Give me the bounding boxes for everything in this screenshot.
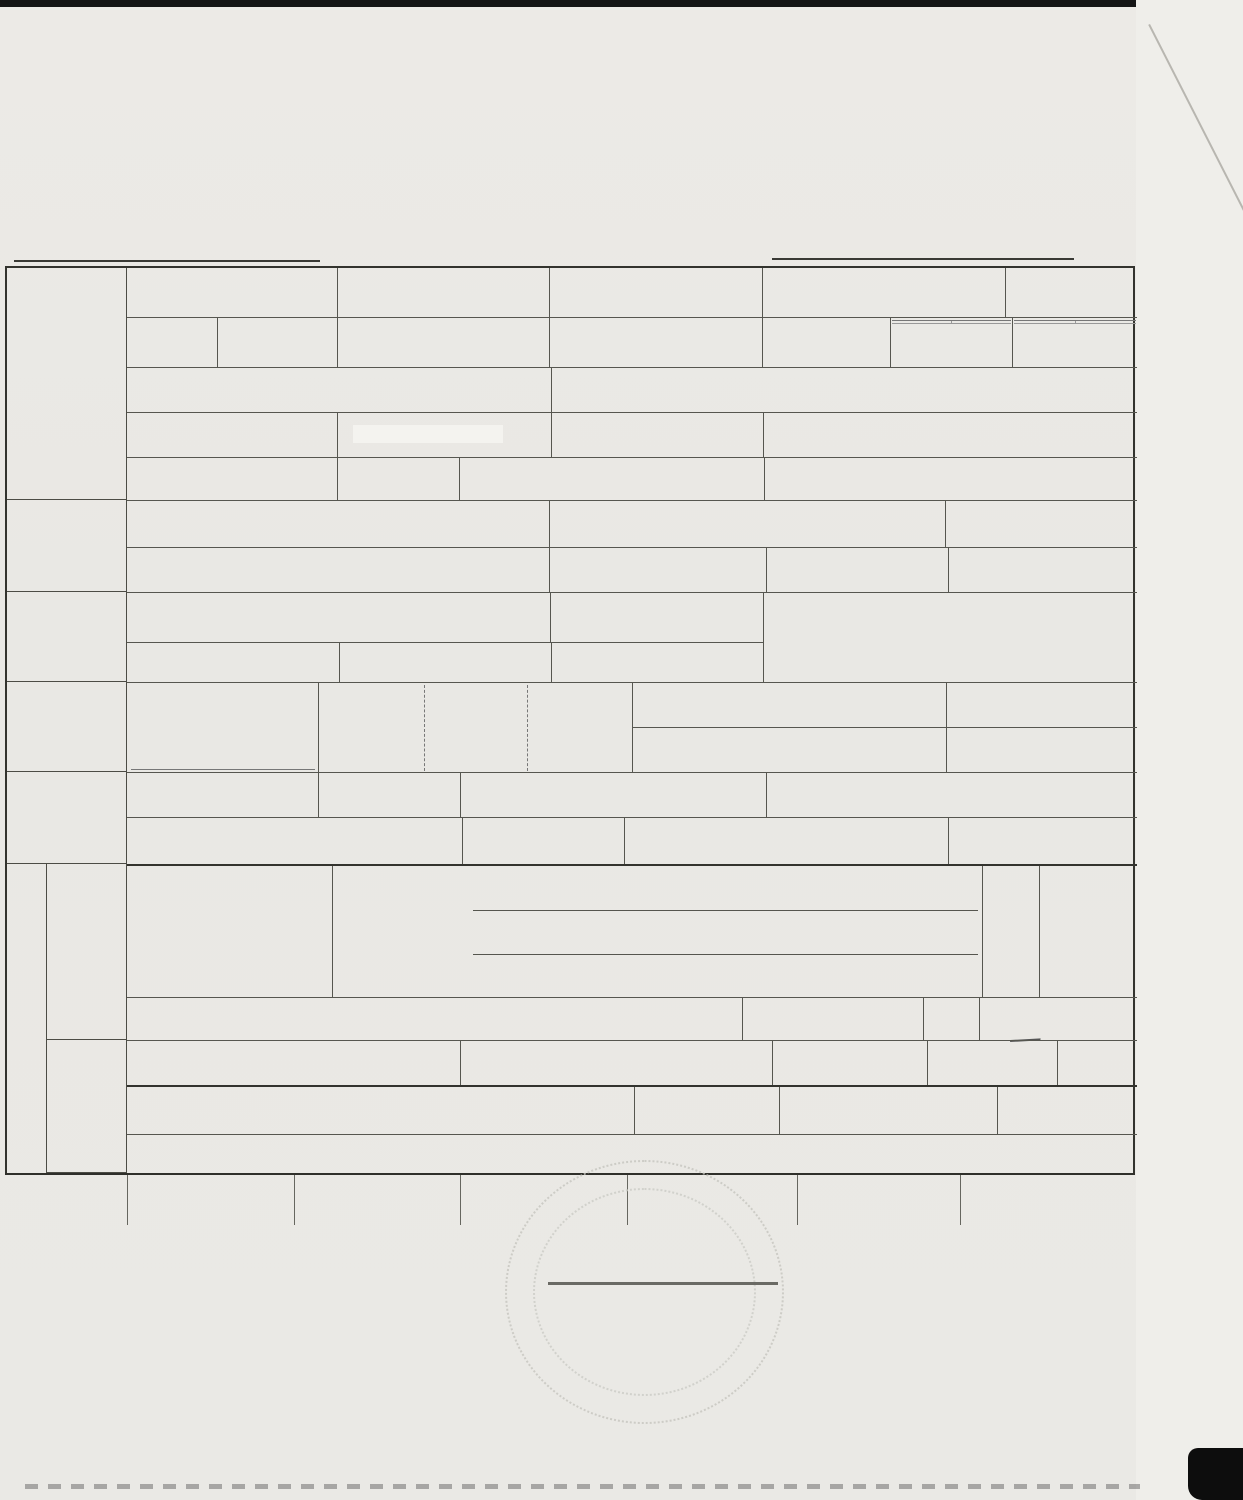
days-col [951,321,1011,323]
field-33-accident-suicide [127,1041,460,1085]
sidebar-physician-certification [7,682,127,772]
field-39-lab-tests-alcohol [997,1087,1137,1134]
sidebar-decedent-personal-data [7,268,127,500]
field-2b-hour [1005,268,1137,317]
note-line-2 [130,14,1000,29]
field-14-last-occupation [127,458,337,500]
hours-col [1014,321,1075,323]
injury-hour-value [1062,1083,1134,1084]
registrar-col-b [294,1175,298,1225]
stay-california-value [953,590,1134,591]
death-certificate-scan [0,0,1243,1500]
funeral-director-value [131,862,459,863]
field-7-age [762,318,890,367]
sidebar-funeral-director [7,772,127,864]
field-25-funeral-director [127,818,462,864]
interval-entry-column [982,866,1039,997]
field-36a-date-of-injury [927,1041,1057,1085]
field-17-industry [764,458,1137,500]
field-15-years-in-occupation [337,458,459,500]
birthplace-value [342,365,546,366]
field-34-place-of-injury [460,1041,772,1085]
sidebar-medical-health-data [7,864,47,1173]
certificate-form [5,266,1135,1173]
field-18d-city [127,548,549,592]
field-18g-stay-california [948,548,1137,592]
injury-date-value [932,1083,1054,1084]
field-1c-last-name [549,268,762,317]
investigation-footer [131,769,315,771]
field-18c-inside-city-limits [945,501,1137,547]
field-19d-county [339,642,551,682]
registrar-col-a [127,1175,131,1225]
field-23-cemetery [460,773,766,817]
ssn-value [342,455,548,456]
sidebar-injury-information [47,1040,127,1173]
field-18b-street-address [549,501,945,547]
scan-bottom-right-blob [1188,1448,1243,1500]
occupation-value [131,498,334,499]
part2-value [131,1038,739,1039]
residence-city-value [131,680,336,681]
place-of-death-value [131,545,546,546]
burial-value [131,815,315,816]
certification-number-underline [548,1282,778,1285]
field-10-citizen [127,413,337,457]
registrar-col-f [960,1175,964,1225]
months-col [892,321,951,323]
scan-top-edge [0,0,1162,7]
informant-value [768,640,1134,641]
spouse-value [768,455,1134,456]
death-city-value [131,590,546,591]
field-26-reported-to-coroner [462,818,624,864]
father-value [131,410,548,411]
field-37b-distance [634,1087,779,1134]
physician-to-col [424,685,526,771]
stay-county-value [771,590,945,591]
field-4-color-or-race [217,318,337,367]
injury-location-value [131,1132,631,1133]
field-21c-signature [632,683,946,772]
years-occupation-value [342,498,456,499]
field-32a-autopsy [923,998,979,1040]
field-12-marital-status [551,413,763,457]
reported-coroner-value [467,862,621,863]
death-county-value [554,590,763,591]
physician-from-col [323,685,424,771]
field-11-ssn [337,413,551,457]
date-of-birth-value [554,365,759,366]
field-6-date-of-birth [549,318,762,367]
field-18f-stay-county [766,548,948,592]
sex-value [131,365,214,366]
field-38-lab-tests-drugs [779,1087,997,1134]
operation-value [747,1038,920,1039]
registrar-col-c [460,1175,464,1225]
field-3-sex [127,318,217,367]
lab-alcohol-value [1002,1132,1134,1133]
license-divider [947,727,1137,728]
field-27-local-registrar [624,818,948,864]
employer-value [464,453,761,454]
field-8-father [127,368,551,412]
field-18e-county [549,548,766,592]
citizen-value [131,455,334,456]
field-19c-city [127,642,339,682]
burial-date-value [323,815,457,816]
binding-margin [1136,0,1243,1500]
mirrored-handwritten-note [130,14,1060,184]
field-1b-middle-name [337,268,549,317]
state-file-number-line [14,260,320,262]
marital-status-value [556,455,760,456]
accident-value [131,1083,457,1084]
lab-drugs-value [784,1132,994,1133]
field-36b-injury-hour [1057,1041,1137,1085]
physician-lastsaw-col [527,685,629,771]
field-19e-state [551,642,763,682]
residence-city-limits-value [555,584,760,585]
field-if-under-1-year [890,318,1012,367]
mother-value [556,410,1134,411]
registrar-col-e [797,1175,801,1225]
ssn-whiteout [353,425,503,443]
minutes-col [1075,321,1137,323]
field-1a-first-name [127,268,337,317]
interval-label-column [1039,866,1137,997]
hour-value [1010,315,1134,316]
field-16-employing-company [459,458,764,500]
field-37a-injury-location [127,1087,634,1134]
field-32b-findings [979,998,1137,1040]
field-22a-burial [127,773,318,817]
address-divider [633,727,946,728]
cause-lines [332,866,982,997]
field-18a-place-of-death [127,501,549,547]
race-value [222,365,334,366]
residence-state-value [556,680,760,681]
sidebar-usual-residence [7,592,127,682]
field-22b-burial-date [318,773,460,817]
injury-place-value [465,1083,769,1084]
field-19b-inside-city-limits [550,593,763,642]
field-24-embalmer [766,773,1137,817]
field-21a-coroner [127,683,318,772]
field-5-birthplace [337,318,549,367]
date-accepted-value [953,862,1134,863]
district-number-line [772,258,1074,260]
field-2a-date-of-death [762,268,1005,317]
distance-value [639,1132,776,1133]
field-35-injury-at-work [772,1041,927,1085]
sidebar-cause-of-death [47,864,127,1040]
field-21b-physician [318,683,632,772]
informant-address-value [768,680,1134,681]
industry-value [769,498,1134,499]
age-value [767,365,887,366]
middle-name-value [342,315,546,316]
field-20-informant [763,593,1137,642]
city-limits-value [950,545,1134,546]
field-30-part2 [127,998,742,1040]
injury-at-work-value [777,1083,924,1084]
county-seal-inner [533,1188,756,1396]
field-9-mother [551,368,1137,412]
field-13-surviving-spouse [763,413,1137,457]
last-name-value [554,315,759,316]
field-if-under-24-hours [1012,318,1137,367]
field-29-part1 [127,866,332,997]
date-of-death-value [767,315,1002,316]
residence-county-value [344,680,548,681]
field-28-date-accepted [948,818,1137,864]
field-21d-21f [946,683,1137,772]
sidebar-place-of-death [7,500,127,592]
field-31-operation-biopsy [742,998,923,1040]
perforation-line [25,1484,1140,1489]
field-20-informant-address [763,642,1137,682]
first-name-value [131,315,334,316]
field-19a-usual-residence [127,593,550,642]
cemetery-value [465,815,763,816]
